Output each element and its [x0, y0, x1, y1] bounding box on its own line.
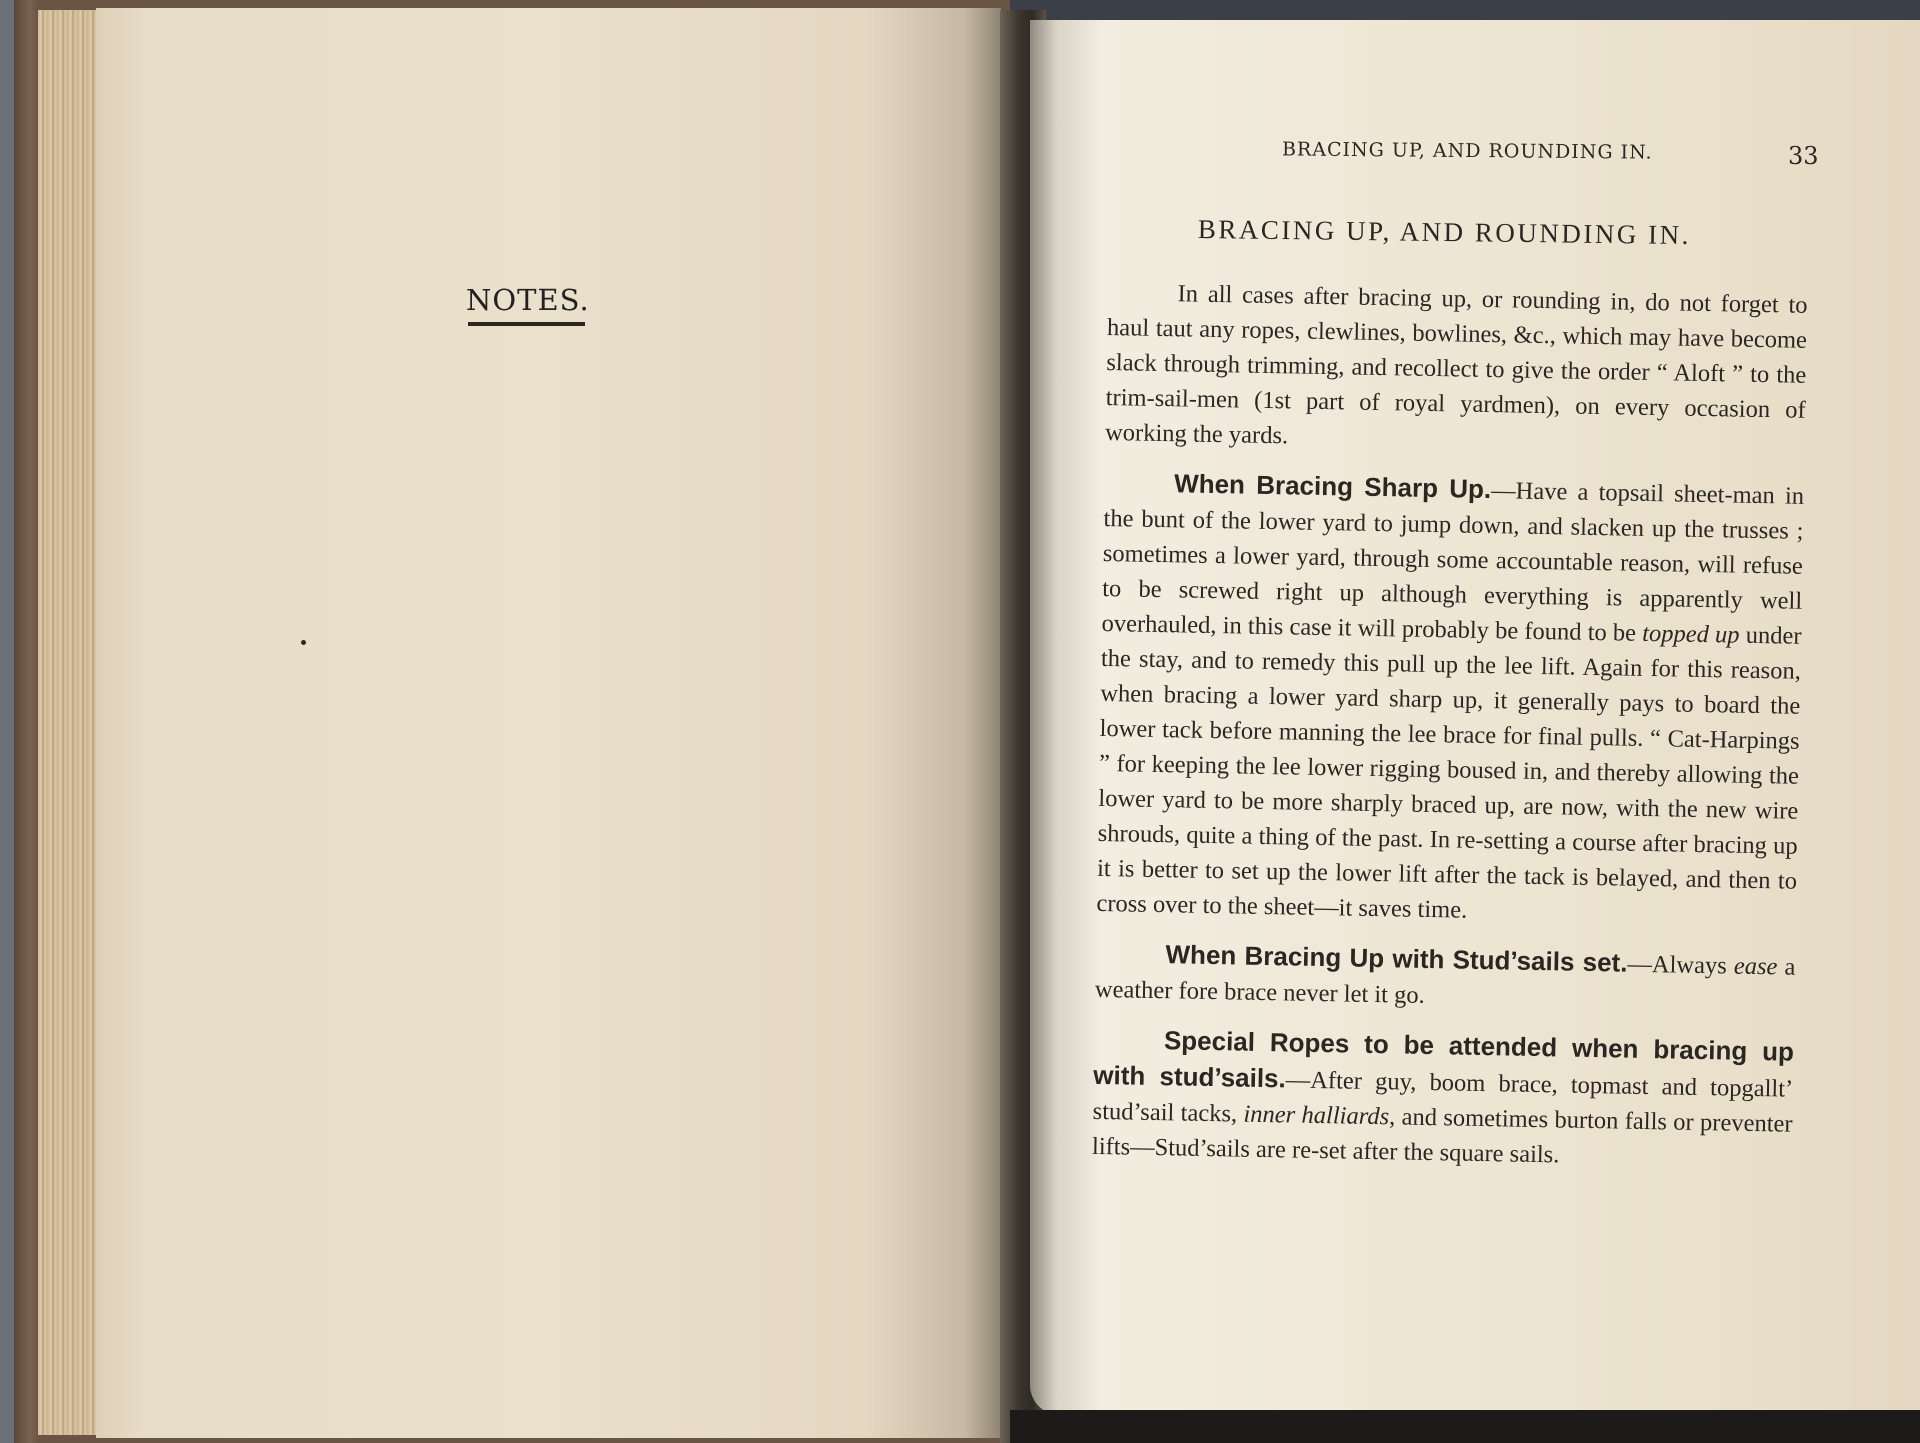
notes-title: NOTES. — [466, 283, 590, 317]
ink-speck — [301, 640, 306, 645]
paragraph-text: —Always — [1627, 951, 1734, 980]
italic-phrase: ease — [1734, 953, 1778, 981]
section-heading: When Bracing Up with Stud’sails set. — [1165, 939, 1627, 977]
italic-phrase: topped up — [1642, 620, 1740, 649]
paragraph-studsails-set: When Bracing Up with Stud’sails set.—Alw… — [1095, 936, 1796, 1020]
paragraph-sharp-up: When Bracing Sharp Up.—Have a topsail sh… — [1096, 465, 1804, 934]
paragraph-special-ropes: Special Ropes to be attended when bracin… — [1092, 1022, 1794, 1177]
page-edges — [38, 10, 100, 1435]
running-head: BRACING UP, AND ROUNDING IN. — [1282, 138, 1653, 163]
title-underline — [468, 322, 585, 326]
paragraph-intro: In all cases after bracing up, or roundi… — [1105, 275, 1808, 463]
italic-phrase: inner halliards — [1243, 1101, 1389, 1131]
bottom-shadow — [1010, 1410, 1920, 1443]
paragraph-text: under the stay, and to remedy this pull … — [1096, 622, 1802, 924]
chapter-title: BRACING UP, AND ROUNDING IN. — [1198, 214, 1691, 251]
paragraph-text: In all cases after bracing up, or roundi… — [1105, 280, 1808, 449]
left-page — [96, 8, 1001, 1438]
body-text: In all cases after bracing up, or roundi… — [1091, 275, 1807, 1192]
section-heading: When Bracing Sharp Up. — [1174, 468, 1492, 504]
page-number: 33 — [1788, 142, 1819, 170]
